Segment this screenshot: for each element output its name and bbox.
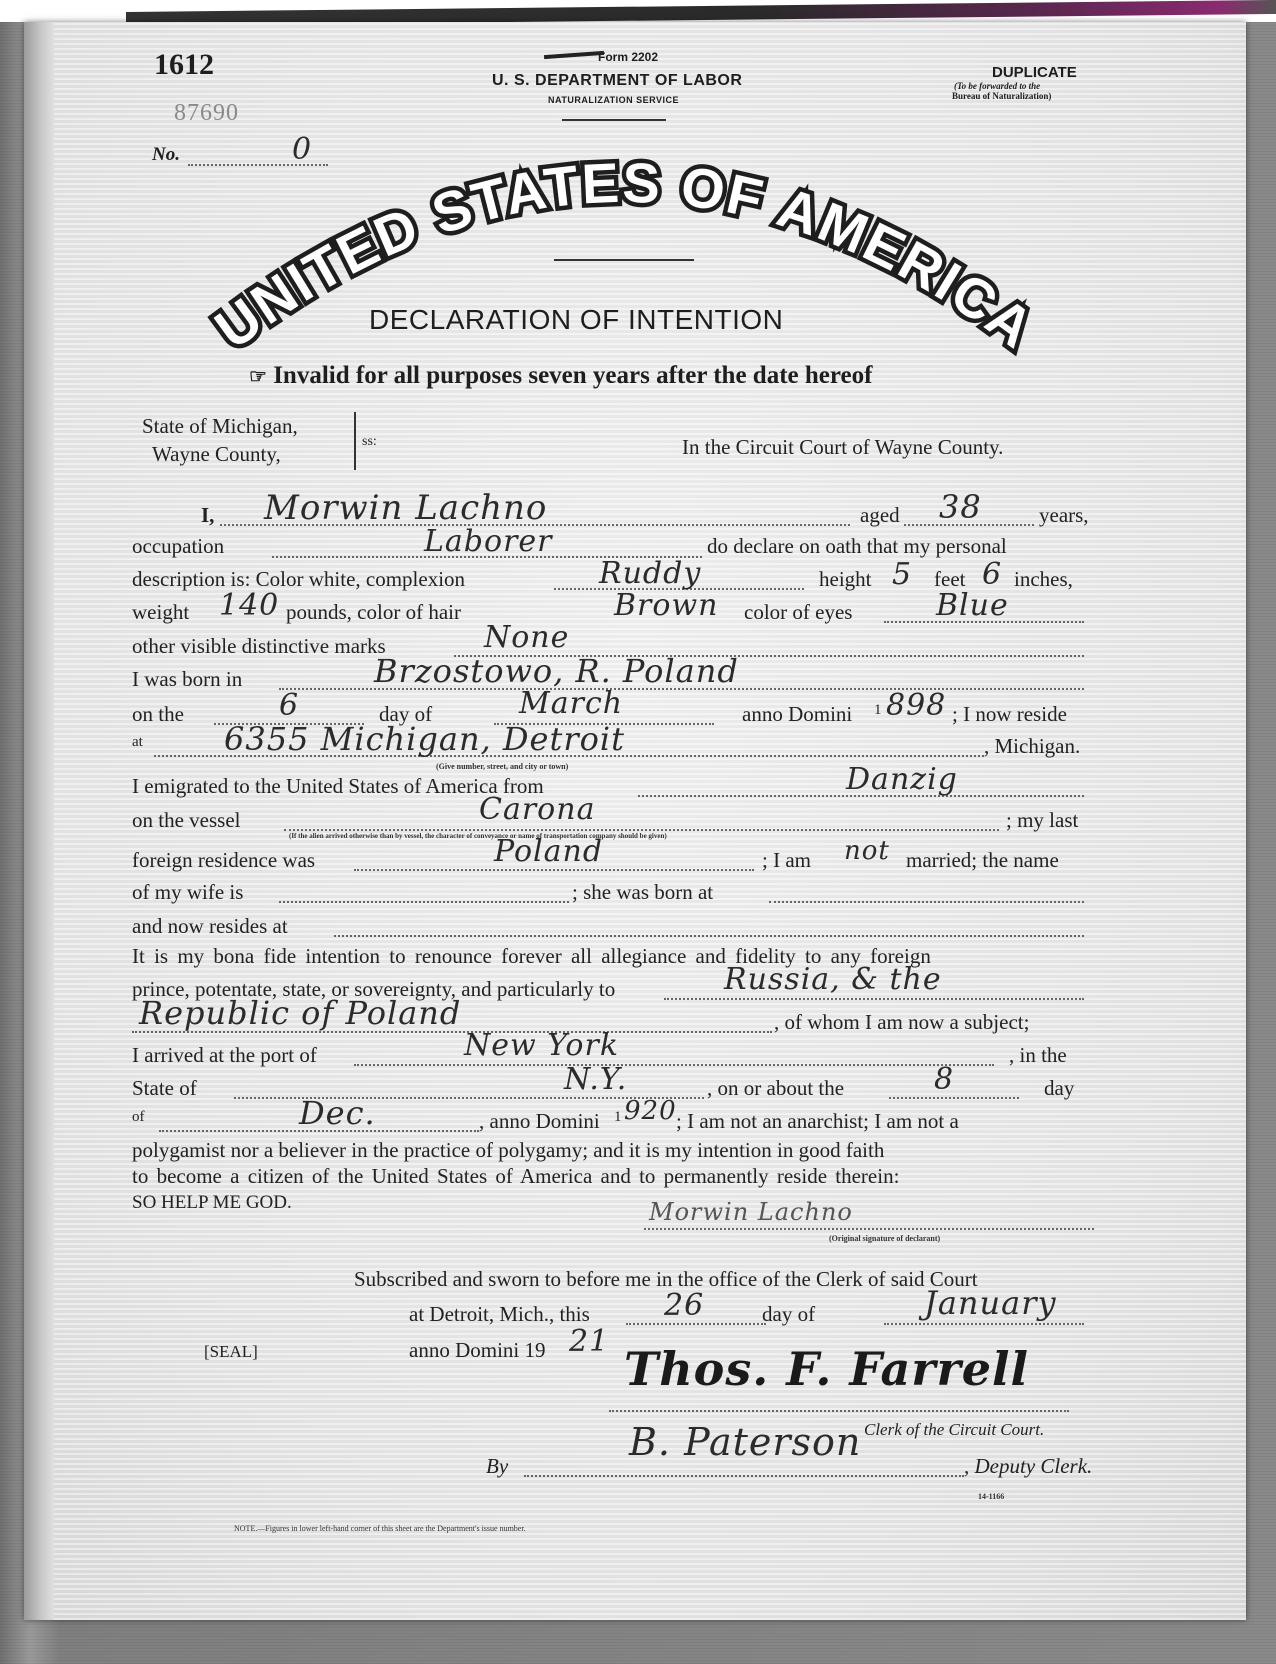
lbl-resides: and now resides at — [132, 914, 288, 939]
port-field-line — [354, 1064, 994, 1066]
lbl-pounds-hair: pounds, color of hair — [286, 600, 461, 625]
lbl-years: years, — [1039, 503, 1089, 528]
jurat-month-field-line — [884, 1323, 1084, 1325]
hair-value: Brown — [614, 588, 718, 623]
citizen-line: to become a citizen of the United States… — [132, 1164, 899, 1189]
lbl-jurat-day-of: day of — [762, 1302, 815, 1327]
lbl-at: at — [132, 734, 143, 751]
deputy-title: , Deputy Clerk. — [964, 1454, 1092, 1479]
height-feet: 5 — [892, 557, 912, 592]
lbl-on-the: on the — [132, 702, 184, 727]
wife-name-field-line — [279, 901, 569, 903]
lbl-born-in: I was born in — [132, 667, 242, 692]
lbl-in-the: , in the — [1009, 1043, 1067, 1068]
port-value: New York — [464, 1028, 619, 1063]
vessel-field-line — [284, 829, 999, 831]
lbl-marks: other visible distinctive marks — [132, 634, 386, 659]
jurat-day: 26 — [664, 1288, 704, 1323]
birth-year: 898 — [886, 688, 946, 723]
lbl-day: day — [1044, 1076, 1074, 1101]
lbl-state-of: State of — [132, 1076, 197, 1101]
arrival-day: 8 — [934, 1062, 954, 1097]
wife-residence-field-line — [334, 935, 1084, 937]
jurat-year: 21 — [569, 1324, 609, 1359]
arrival-month: Dec. — [299, 1094, 376, 1132]
lbl-i-am: ; I am — [762, 848, 811, 873]
residence-value: 6355 Michigan, Detroit — [224, 720, 625, 758]
deputy-signature: B. Paterson — [629, 1420, 861, 1464]
birth-month: March — [519, 686, 623, 721]
signature-caption: (Original signature of declarant) — [829, 1234, 940, 1243]
clerk-title: Clerk of the Circuit Court. — [864, 1420, 1044, 1440]
declarant-age: 38 — [939, 488, 982, 526]
emigrated-from: Danzig — [846, 762, 958, 797]
lbl-married: married; the name — [906, 848, 1059, 873]
sovereign-part-2: Republic of Poland — [139, 994, 461, 1032]
arrival-year: 920 — [624, 1096, 677, 1126]
lbl-on-about: , on or about the — [707, 1076, 844, 1101]
clerk-signature-line — [609, 1410, 1069, 1412]
lbl-aged: aged — [860, 503, 900, 528]
warning-text: Invalid for all purposes seven years aft… — [273, 362, 872, 389]
footer-note: NOTE.—Figures in lower left-hand corner … — [234, 1524, 526, 1533]
lbl-jurat-at: at Detroit, Mich., this — [409, 1302, 590, 1327]
warning-line: ☞ Invalid for all purposes seven years a… — [249, 362, 872, 390]
occupation-value: Laborer — [424, 524, 553, 559]
pointing-hand-icon: ☞ — [249, 366, 267, 388]
deputy-signature-line — [524, 1475, 964, 1477]
marital-prefix: not — [844, 836, 890, 866]
lbl-by: By — [486, 1454, 508, 1479]
lbl-now-reside: ; I now reside — [952, 702, 1067, 727]
so-help-me-god: SO HELP ME GOD. — [132, 1192, 292, 1214]
complexion-value: Ruddy — [599, 556, 701, 591]
lbl-declare: do declare on oath that my personal — [707, 534, 1007, 559]
lbl-anno-birth: anno Domini — [742, 702, 852, 727]
document-subtitle: DECLARATION OF INTENTION — [369, 304, 783, 336]
foreign-residence-value: Poland — [494, 834, 603, 869]
lbl-inches: inches, — [1014, 567, 1073, 592]
lbl-height: height — [819, 567, 872, 592]
lbl-subject: , of whom I am now a subject; — [774, 1010, 1029, 1035]
lbl-port: I arrived at the port of — [132, 1043, 317, 1068]
lbl-description: description is: Color white, complexion — [132, 567, 465, 592]
lbl-occupation: occupation — [132, 534, 224, 559]
declaration-document: 1612 87690 No. 0 Form 2202 U. S. DEPARTM… — [24, 22, 1246, 1620]
lbl-jurat-anno: anno Domini 19 — [409, 1338, 546, 1363]
birth-year-prefix: 1 — [874, 702, 882, 719]
lbl-wife: of my wife is — [132, 880, 243, 905]
eyes-value: Blue — [936, 588, 1009, 623]
venue-court: In the Circuit Court of Wayne County. — [682, 435, 1003, 460]
venue-state: State of Michigan, — [142, 414, 298, 439]
polygamy-line: polygamist nor a believer in the practic… — [132, 1138, 884, 1163]
arrival-year-prefix: 1 — [614, 1109, 622, 1126]
clerk-signature: Thos. F. Farrell — [624, 1342, 1029, 1396]
lbl-foreign-residence: foreign residence was — [132, 848, 315, 873]
weight-value: 140 — [219, 588, 279, 623]
height-inches: 6 — [982, 557, 1002, 592]
lbl-weight: weight — [132, 600, 189, 625]
venue-county: Wayne County, — [152, 442, 281, 467]
seal-label: [SEAL] — [204, 1342, 258, 1362]
declarant-signature-line — [644, 1228, 1094, 1230]
lbl-of: of — [132, 1109, 145, 1126]
arrival-state: N.Y. — [564, 1062, 627, 1097]
declarant-name: Morwin Lachno — [264, 488, 547, 528]
scan-top-edge — [0, 0, 1276, 22]
lbl-eyes: color of eyes — [744, 600, 852, 625]
venue-ss: ss: — [362, 434, 377, 450]
lbl-she-born: ; she was born at — [572, 880, 713, 905]
lbl-anno-arrival: , anno Domini — [479, 1109, 600, 1134]
sovereign-field-line-1 — [664, 998, 1084, 1000]
declarant-signature: Morwin Lachno — [649, 1198, 853, 1226]
lbl-my-last: ; my last — [1006, 808, 1078, 833]
birth-day: 6 — [279, 688, 299, 723]
wife-birthplace-field-line — [769, 901, 1084, 903]
lbl-anarchist: ; I am not an anarchist; I am not a — [676, 1109, 959, 1134]
birthplace-value: Brzostowo, R. Poland — [374, 652, 739, 690]
jurat-month: January — [924, 1284, 1057, 1322]
vessel-caption: (If the alien arrived otherwise than by … — [289, 832, 667, 840]
marks-value: None — [484, 620, 569, 655]
vessel-value: Carona — [479, 792, 595, 827]
arc-center-rule — [554, 259, 694, 261]
arrival-day-field-line — [889, 1097, 1019, 1099]
lbl-michigan: , Michigan. — [984, 734, 1080, 759]
foreign-residence-field-line — [354, 869, 754, 871]
print-code: 14-1166 — [978, 1492, 1004, 1501]
jurat-day-field-line — [626, 1323, 766, 1325]
residence-caption: (Give number, street, and city or town) — [436, 762, 568, 771]
venue-brace — [354, 412, 356, 470]
lbl-vessel: on the vessel — [132, 808, 240, 833]
lbl-i: I, — [201, 503, 214, 528]
sovereign-part-1: Russia, & the — [724, 962, 942, 997]
